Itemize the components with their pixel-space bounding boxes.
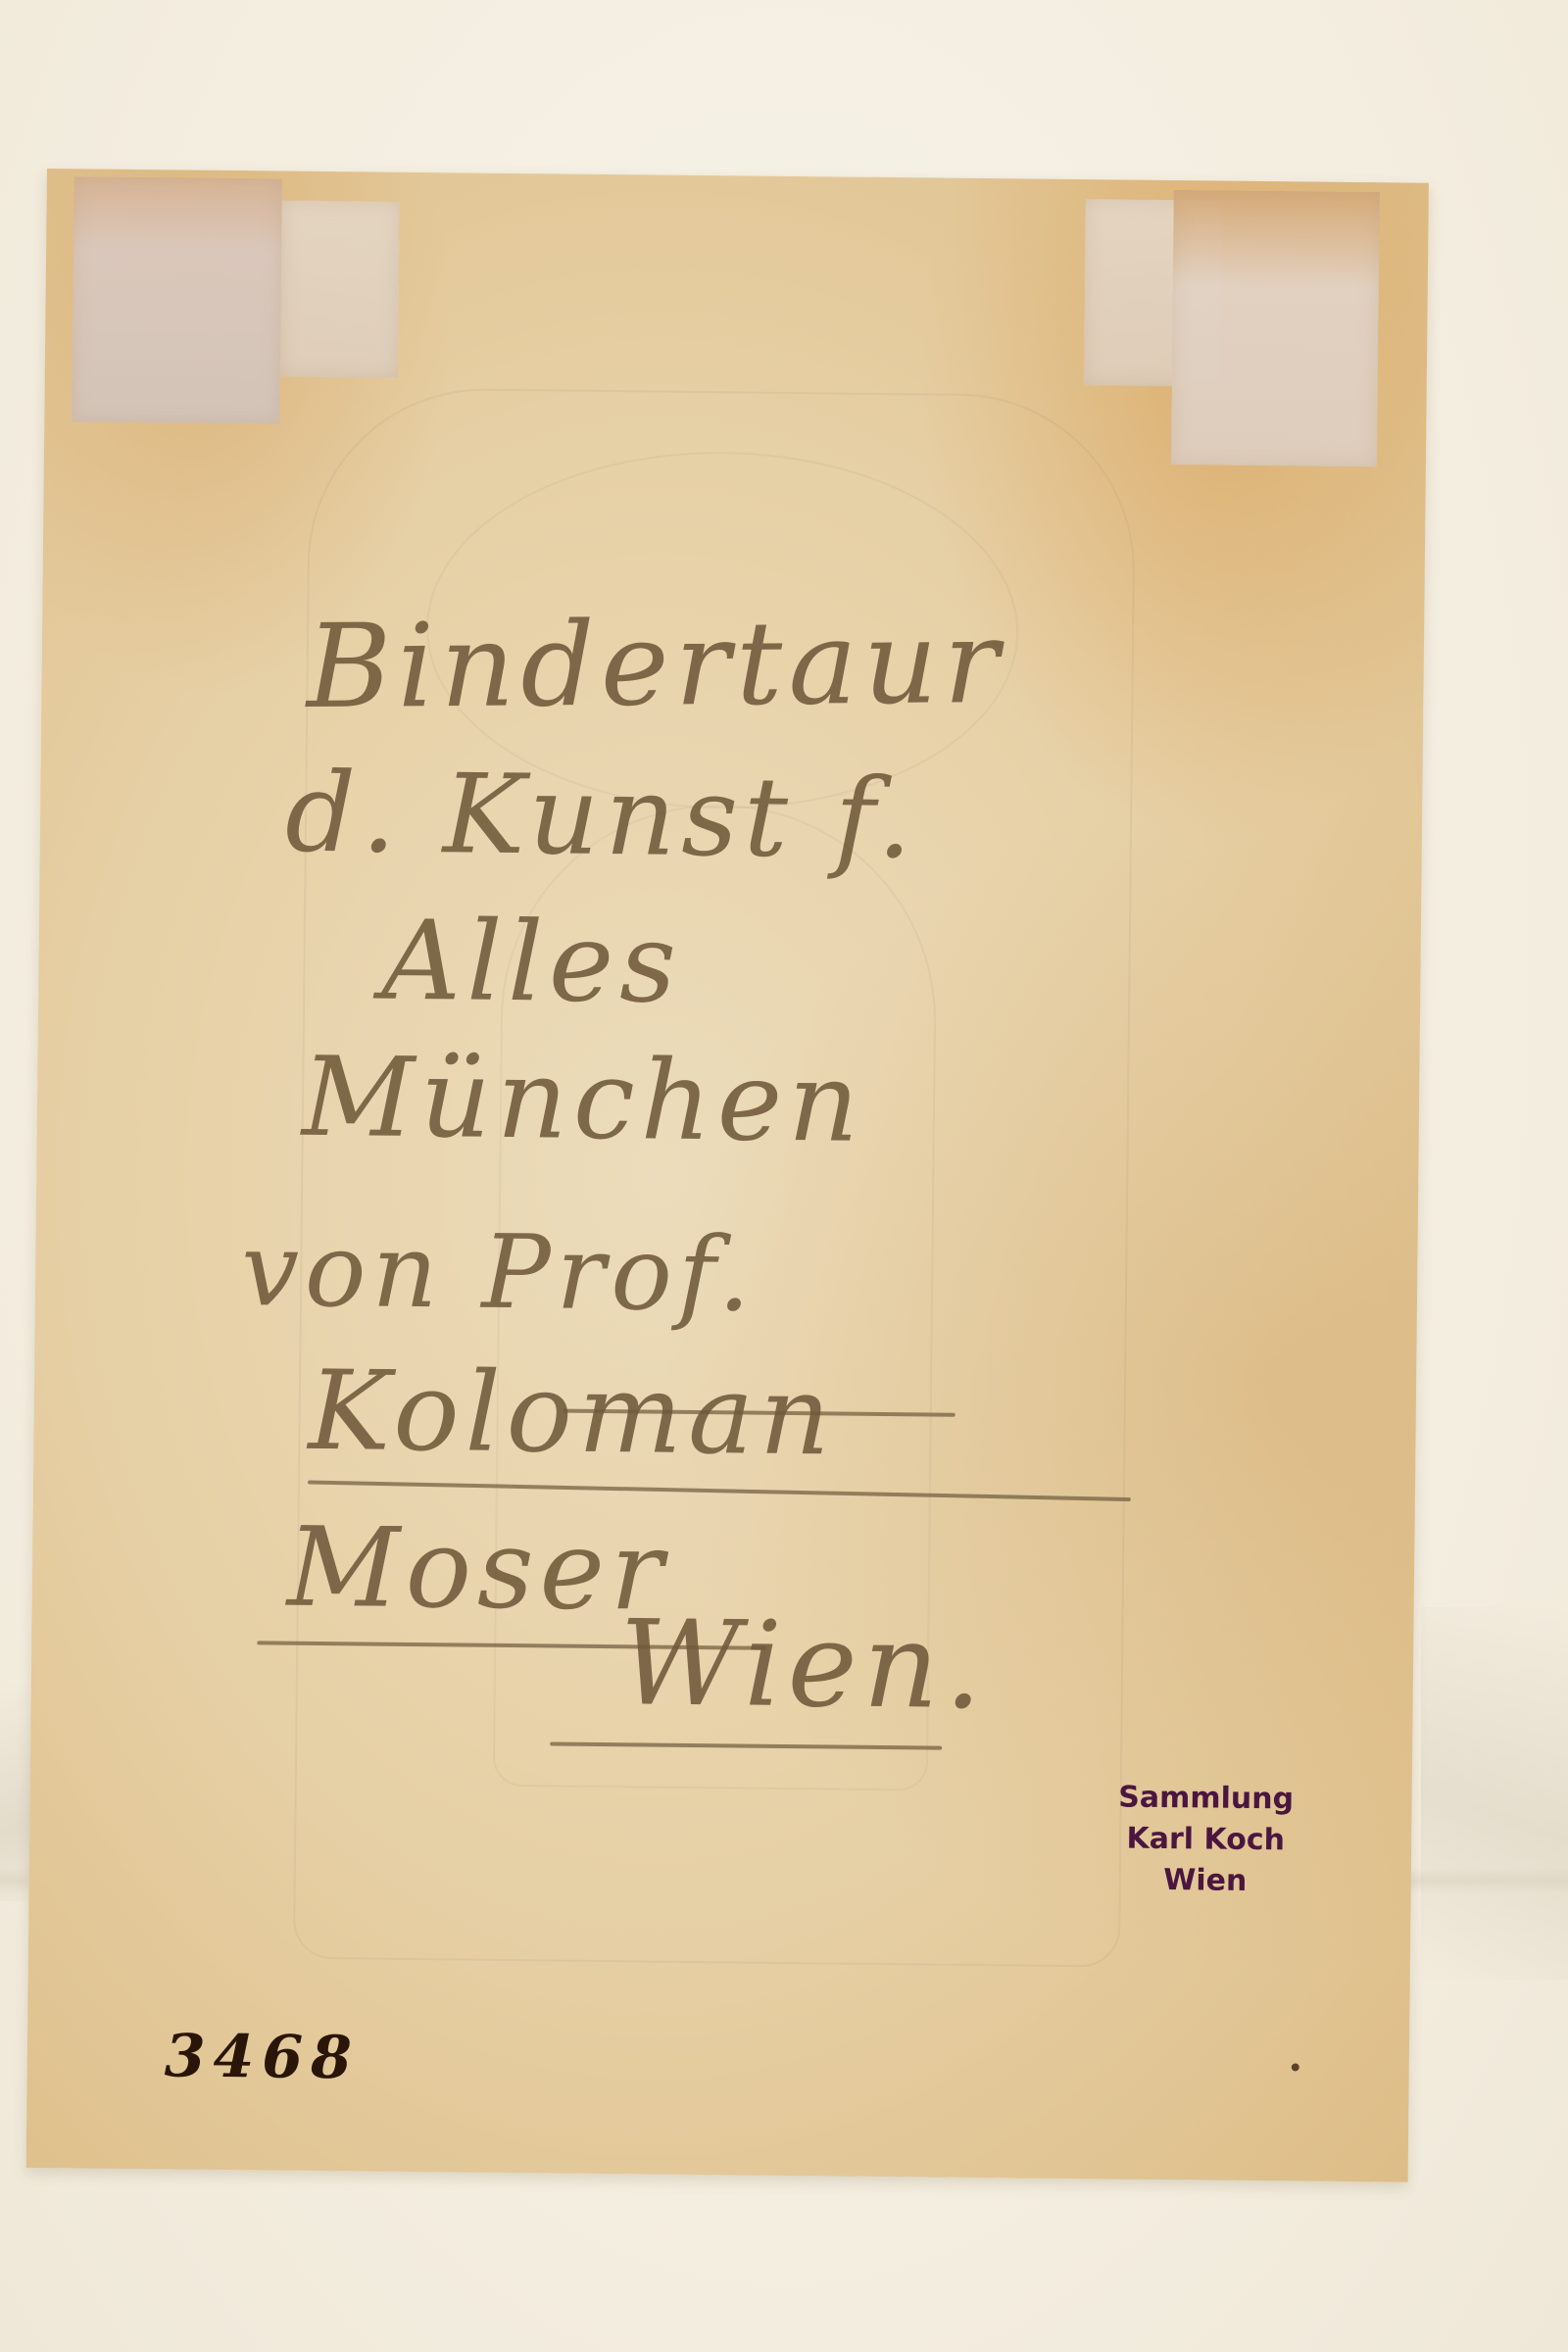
collection-stamp: Sammlung Karl Koch Wien [1078, 1777, 1334, 1903]
handwriting-line-8: Wien. [618, 1595, 988, 1736]
handwriting-line-3: Alles [381, 898, 683, 1028]
photo-stage: Bindertaur d. Kunst f. Alles München von… [0, 0, 1568, 2352]
tape-top-left [72, 176, 282, 423]
card-back: Bindertaur d. Kunst f. Alles München von… [26, 169, 1429, 2182]
handwriting-line-7: Moser [286, 1504, 669, 1636]
tape-top-left-secondary [280, 201, 400, 378]
handwriting-line-4: München [301, 1034, 865, 1167]
handwriting-line-1: Bindertaur [306, 594, 1004, 734]
ink-dot [1292, 2063, 1299, 2071]
stamp-line-3: Wien [1078, 1859, 1333, 1903]
handwriting-line-5: von Prof. [241, 1209, 758, 1334]
tape-top-right [1171, 190, 1380, 466]
acrylic-stand-right [1421, 1607, 1568, 1980]
stamp-line-1: Sammlung [1078, 1777, 1333, 1821]
inventory-number: 3468 [164, 2022, 360, 2092]
stamp-line-2: Karl Koch [1078, 1818, 1333, 1862]
handwriting-line-2: d. Kunst f. [284, 750, 918, 884]
